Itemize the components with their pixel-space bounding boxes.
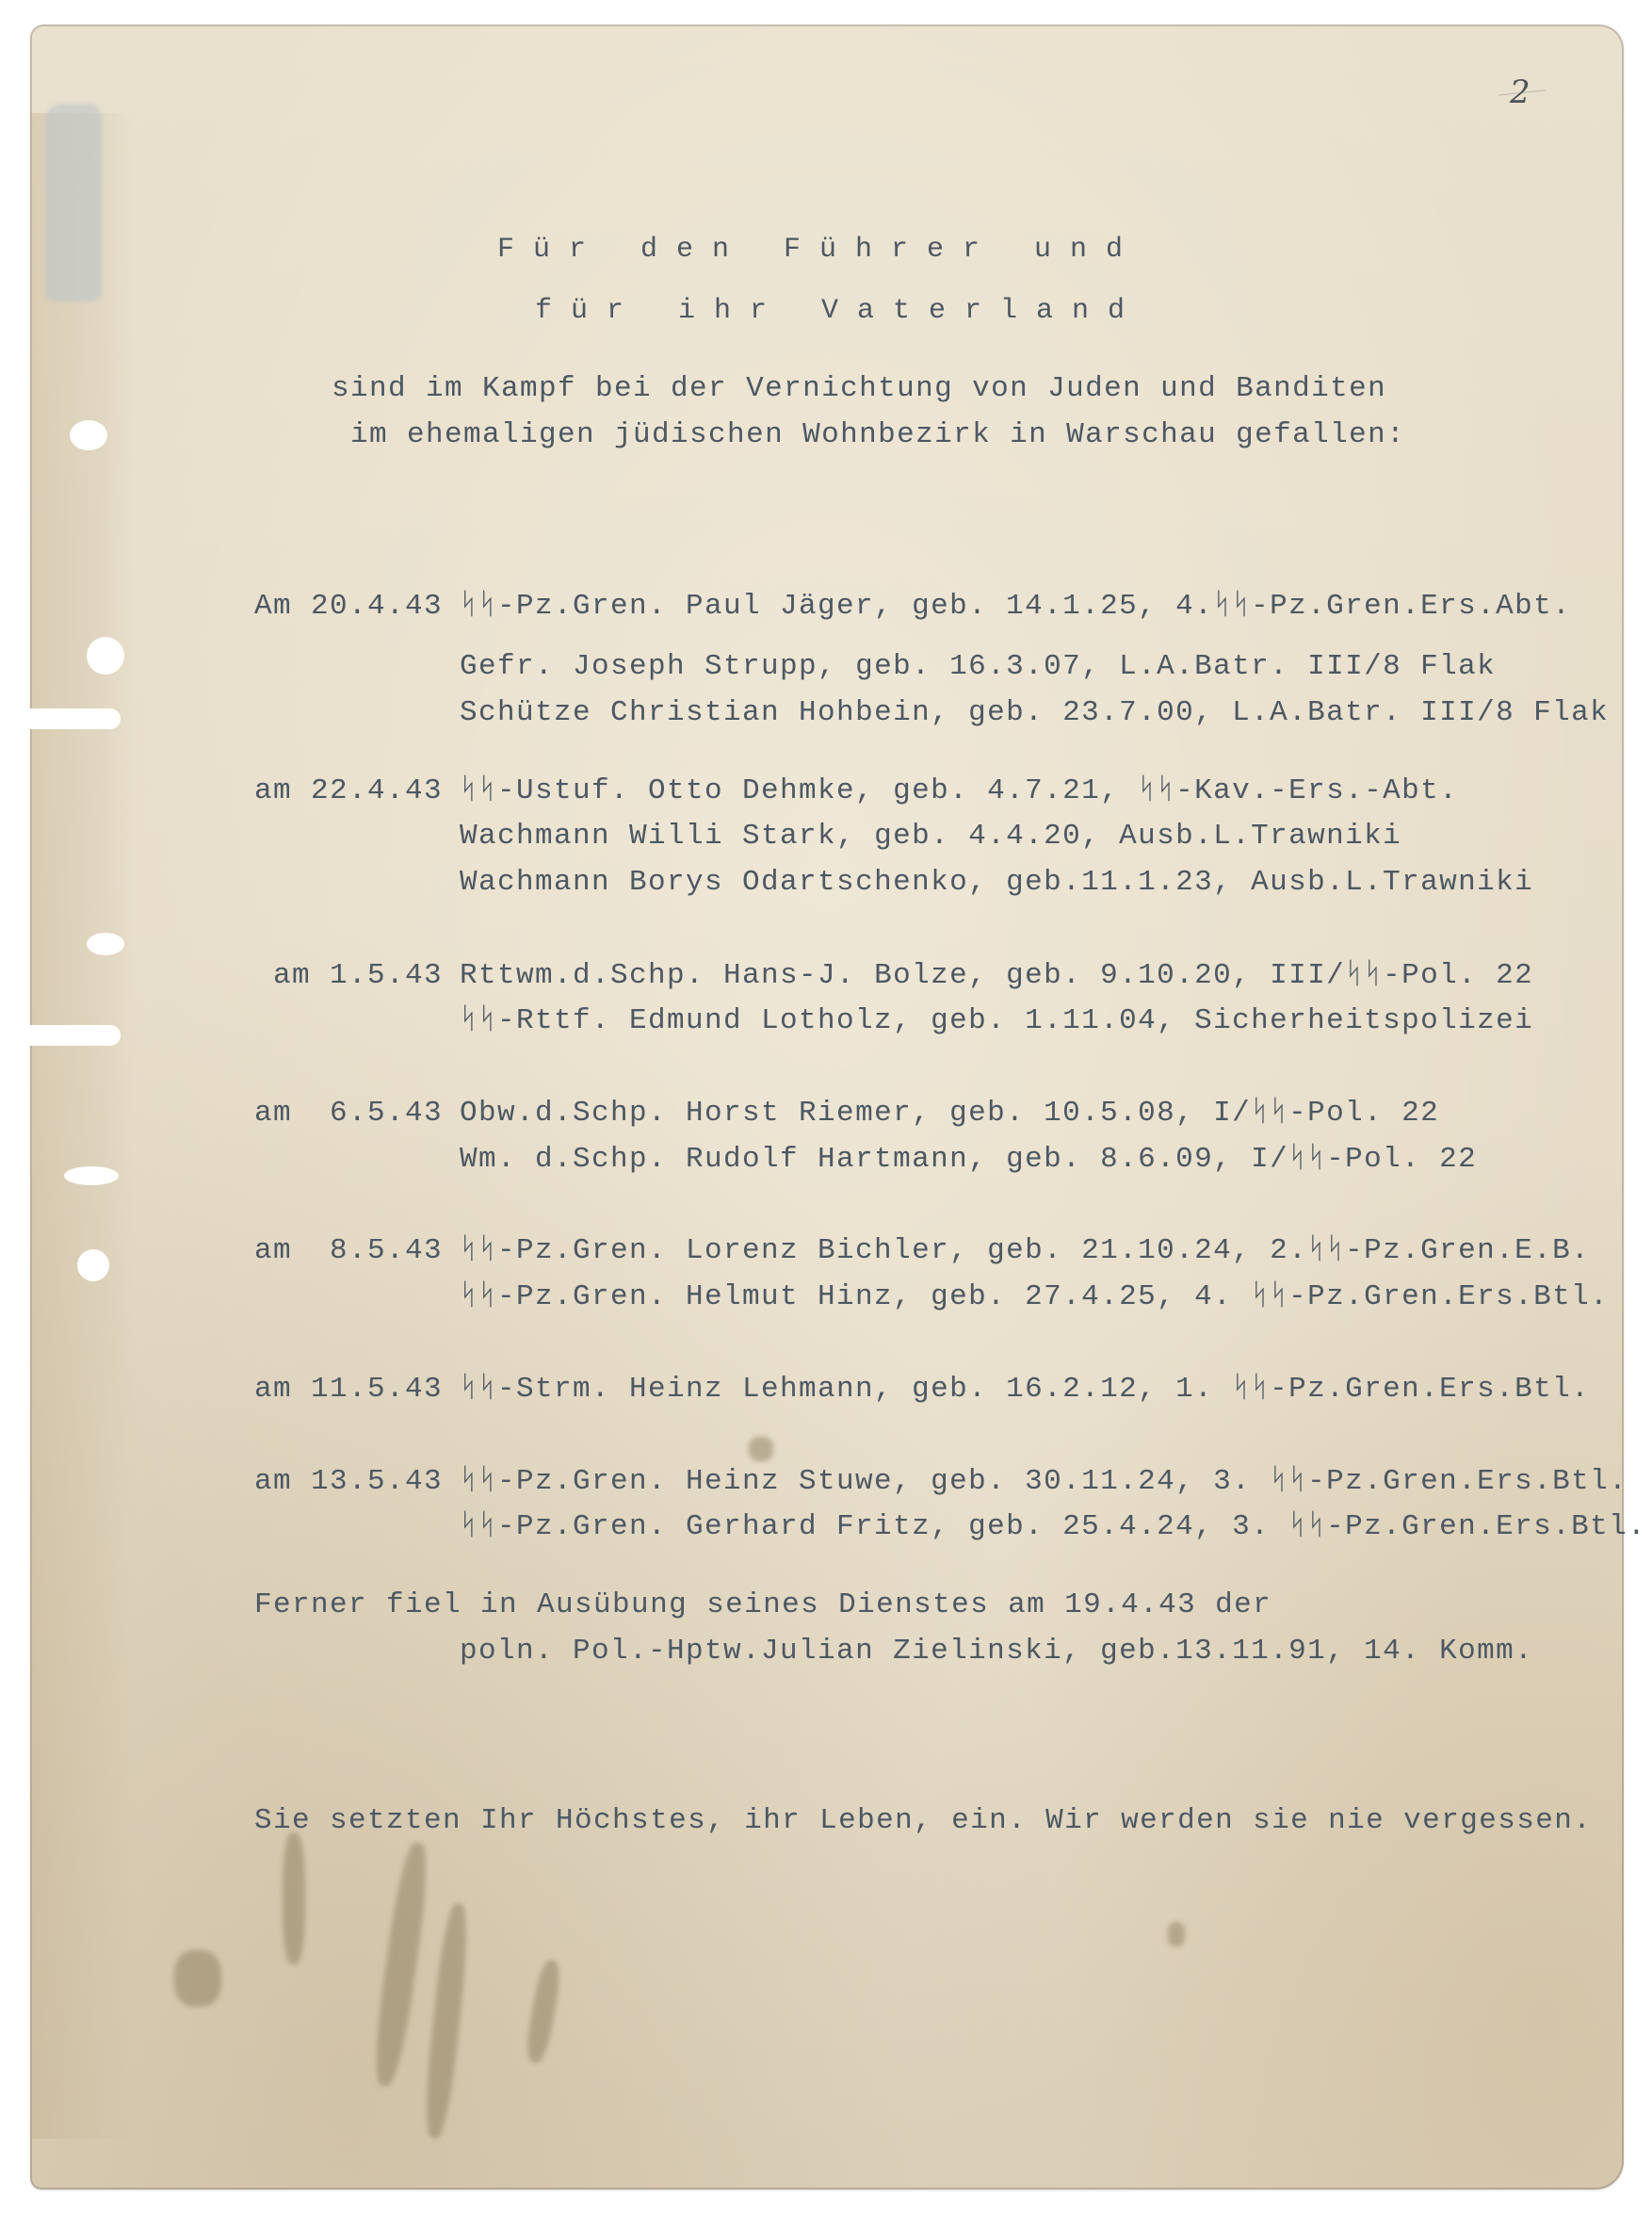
- punch-hole: [87, 933, 124, 955]
- entry-date: Am 20.4.43: [254, 592, 443, 621]
- entry-line: ᛋᛋ-Rttf. Edmund Lotholz, geb. 1.11.04, S…: [460, 1006, 1533, 1035]
- additional-line-1: Ferner fiel in Ausübung seines Dienstes …: [254, 1590, 1271, 1620]
- page-number: 2: [1510, 73, 1531, 111]
- water-stain: [174, 1950, 221, 2007]
- entry-date: am 13.5.43: [254, 1467, 443, 1496]
- heading-line-1: Für den Führer und: [497, 236, 1142, 264]
- additional-line-2: poln. Pol.-Hptw.Julian Zielinski, geb.13…: [460, 1636, 1533, 1666]
- stain-blue: [45, 104, 102, 301]
- entry-line: ᛋᛋ-Pz.Gren. Heinz Stuwe, geb. 30.11.24, …: [460, 1467, 1628, 1496]
- heading-line-2: für ihr Vaterland: [535, 297, 1143, 325]
- intro-line-2: im ehemaligen jüdischen Wohnbezirk in Wa…: [350, 420, 1405, 449]
- entry-line: Rttwm.d.Schp. Hans-J. Bolze, geb. 9.10.2…: [460, 961, 1533, 990]
- closing-statement: Sie setzten Ihr Höchstes, ihr Leben, ein…: [254, 1806, 1592, 1835]
- punch-hole: [87, 637, 124, 675]
- entry-date: am 6.5.43: [254, 1099, 443, 1128]
- water-stain: [1168, 1922, 1185, 1946]
- entry-line: ᛋᛋ-Pz.Gren. Helmut Hinz, geb. 27.4.25, 4…: [460, 1282, 1609, 1311]
- entry-date: am 11.5.43: [254, 1375, 443, 1404]
- punch-hole: [70, 420, 107, 450]
- entry-line: ᛋᛋ-Pz.Gren. Paul Jäger, geb. 14.1.25, 4.…: [460, 592, 1571, 621]
- water-stain: [283, 1832, 305, 1964]
- entry-date: am 22.4.43: [254, 776, 443, 806]
- punch-hole: [77, 1249, 109, 1281]
- entry-line: Gefr. Joseph Strupp, geb. 16.3.07, L.A.B…: [460, 652, 1496, 681]
- water-stain: [749, 1437, 773, 1461]
- entry-line: Schütze Christian Hohbein, geb. 23.7.00,…: [460, 698, 1609, 727]
- paper-notch: [0, 708, 121, 729]
- paper-notch: [0, 1025, 121, 1046]
- paper-margin-discoloration: [30, 113, 134, 2139]
- entry-line: ᛋᛋ-Pz.Gren. Gerhard Fritz, geb. 25.4.24,…: [460, 1512, 1646, 1541]
- punch-hole: [64, 1166, 119, 1185]
- entry-line: Wm. d.Schp. Rudolf Hartmann, geb. 8.6.09…: [460, 1145, 1477, 1174]
- entry-date: am 1.5.43: [273, 961, 443, 990]
- intro-line-1: sind im Kampf bei der Vernichtung von Ju…: [332, 374, 1386, 403]
- entry-line: Obw.d.Schp. Horst Riemer, geb. 10.5.08, …: [460, 1099, 1439, 1128]
- entry-line: ᛋᛋ-Ustuf. Otto Dehmke, geb. 4.7.21, ᛋᛋ-K…: [460, 776, 1458, 806]
- entry-line: Wachmann Willi Stark, geb. 4.4.20, Ausb.…: [460, 822, 1401, 851]
- entry-date: am 8.5.43: [254, 1236, 443, 1265]
- entry-line: ᛋᛋ-Pz.Gren. Lorenz Bichler, geb. 21.10.2…: [460, 1236, 1590, 1265]
- entry-line: Wachmann Borys Odartschenko, geb.11.1.23…: [460, 868, 1533, 897]
- entry-line: ᛋᛋ-Strm. Heinz Lehmann, geb. 16.2.12, 1.…: [460, 1375, 1590, 1404]
